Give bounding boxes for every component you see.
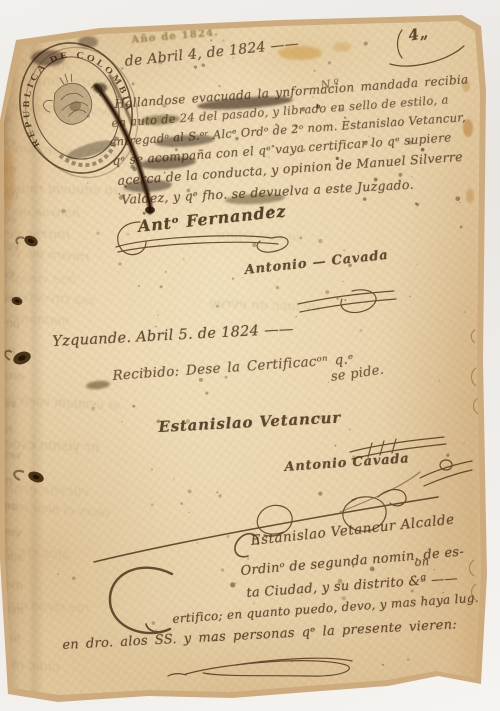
speck [118,262,121,265]
grand-rubric-diagonal [94,497,438,562]
speck [363,197,367,201]
speck [338,579,343,584]
speck [411,176,412,177]
speck [459,202,460,203]
speck [227,535,230,538]
speck [272,145,275,148]
speck [163,137,164,138]
speck [301,595,303,597]
bleedthrough-line: ei avmiam vaeir naimsms nsieo ms ivvam [0,383,120,413]
speck [318,491,322,495]
bleedthrough-line: mamunm uo ncvieo ve misonsa reene mc ioi… [0,299,70,329]
speck [232,57,234,59]
speck [222,39,225,42]
speck [349,428,352,431]
handwritten-signature-3: Estanislao Vetancur [158,408,341,436]
speck [186,419,190,423]
speck [291,661,292,662]
speck [76,452,77,453]
speck [61,209,65,213]
bleedthrough-line: nanvue oeic sevia uo nme sa aasncno rcuc… [0,200,80,220]
bleedthrough-line: ocooain avoreis [0,208,16,226]
photo-of-manuscript: suov evs mns en vcioo ioirce mccv nneein… [0,0,500,711]
speck [325,290,329,294]
speck [119,193,121,195]
speck [364,141,368,145]
handwritten-page-number: 4„ [407,24,429,45]
ink-marks-art [0,0,500,711]
right-edge-marks [470,330,479,600]
bleedthrough-line: mcine nvr varaaan [0,471,13,488]
speck [364,41,368,45]
speck [210,39,212,41]
speck [143,369,146,372]
speck [268,156,270,158]
speck [199,378,203,382]
bleedthrough-line: rav civno nnesir oom nroi soevvi voeios … [0,588,90,615]
speck [342,281,343,282]
bleedthrough-line: nsvcu rvmniu srmi [0,287,22,306]
handwritten-ordin-line: Ordinᵒ de segunda nomin. de es- [240,544,465,578]
bleedthrough-line: veve urc ii oaes [0,443,22,462]
speck [464,311,466,313]
speck [374,178,378,182]
speck [221,568,224,571]
speck [434,569,435,570]
speck [157,420,161,424]
speck [117,96,119,98]
speck [160,285,163,288]
bleedthrough-line: narcua nraneei [0,419,13,436]
speck [442,592,444,594]
handwritten-stamped-year: Año de 1824. [131,27,219,46]
bleedthrough-line: oiorv ci nieii ecmvsos avvvs nise inmcss… [0,489,110,520]
bleedthrough-line: nr visnm csoen cooee vumae uars usvni uo… [0,427,100,456]
paper-texture [0,0,500,711]
speck [72,576,76,580]
speck [446,453,449,456]
speck [283,95,285,97]
handwritten-word-on: on [414,554,430,569]
ink-smear [93,76,155,214]
speck [336,157,339,160]
speck [312,97,313,98]
speck [91,407,95,411]
speck [318,416,322,420]
speck [132,167,136,171]
coat-of-arms-icon [36,64,109,131]
bleedthrough-line: vaiovis ovr oss [0,234,20,253]
bleedthrough-line: imrrsc vem amsvaa uir sore ur ivsnme uen… [0,221,70,243]
speck [352,565,355,568]
bleedthrough-line: vec uouvacm ccmvaus [0,392,17,411]
page-number-paren [398,30,403,58]
handwritten-alcalde-line: Estanislao Vetancur Alcalde [250,512,455,549]
bleedthrough-line: or aise srinro [217,227,300,244]
speck [155,629,157,631]
speck [194,65,197,68]
speck [122,421,123,422]
speck [87,182,89,184]
speck [130,164,134,168]
speck [339,108,343,112]
speck [96,232,99,235]
handwritten-para-4: qᵉ se acompaña con el qᵉ vaya certificar… [112,130,452,168]
speck [463,442,465,444]
stamp-ring-text: REPUBLICA DE COLOMBIA [4,34,137,150]
handwritten-certifico-line: ertifico; en quanto puedo, devo, y mas h… [172,591,479,626]
speck [336,297,338,299]
ink-blots [86,94,294,390]
speck [359,329,362,332]
oval-stamp: REPUBLICA DE COLOMBIA [1,24,154,194]
handwritten-para-3: entregadᵒ al S.ᵒʳ Alcᵉ Ordᵒ de 2ᵒ nom. E… [109,110,466,149]
bleedthrough-line: eemcvmm emsuvm amcuas aaeo uaesia [0,92,130,120]
speck [318,239,322,243]
bleedthrough-line: amauv mmveo aocmi [0,494,18,513]
speck [344,299,346,301]
manuscript-page: suov evs mns en vcioo ioirce mccv nneein… [0,0,500,711]
handwritten-signature-2: Antonio — Cavada [244,248,389,278]
speck [143,212,146,215]
handwritten-para-1: Hallandose evacuada la ynformacion manda… [114,72,469,111]
alcalde-capital-e [235,534,258,557]
speck [398,173,402,177]
certifico-capital-c [110,568,172,633]
speck [165,271,167,273]
speck [276,286,280,290]
speck [408,140,413,145]
page-edge-shading [0,0,500,711]
speck [316,105,320,109]
speck [171,145,173,147]
speck [157,314,159,316]
speck [328,61,331,64]
speck [164,172,166,174]
handwritten-para-2: en auto de 24 del pasado, y librado en s… [111,92,449,130]
bottom-flourish [186,661,349,676]
speck [390,159,391,160]
speck [132,405,135,408]
speck [218,85,220,87]
speck [205,392,208,395]
speck [411,589,414,592]
bleedthrough-line: irss vmcaee ocui vramr vmcr eu vcs oecc … [0,266,76,287]
bleedthrough-line: av iucc an evree [209,296,320,315]
handwritten-date-header: de Abril 4, de 1824 —— [124,36,300,70]
speck [328,381,329,382]
bleedthrough-line: vsa rnvoaiv mcvrr osu miio mocean auvci [0,276,96,308]
bleedthrough-line: cuec ou so unuvn cmmr isomvum caoou us r… [0,646,60,675]
speck [294,125,297,128]
speck [314,70,316,72]
handwritten-final-line: en dro. alos SS. y mas personas qᵉ la pr… [62,617,457,653]
bleedthrough-line: sm vsu enuuvni rmuonsi or [0,181,150,199]
speck [460,225,463,228]
page-number-swash [390,46,464,66]
speck [235,137,239,141]
speck [87,115,90,118]
handwritten-para-6: Valdez, y qᵉ fho. se devuelva a este Juz… [121,177,414,207]
speck [180,502,183,505]
speck [155,326,157,328]
bleedthrough-line: vm sur sieseca [0,519,22,540]
speck [158,245,160,247]
speck [188,489,192,493]
stains [2,42,474,691]
speck [132,82,135,85]
speck [216,305,219,308]
handwritten-recibido: Recibido: Dese la Certificacᵒⁿ q.ᵉ [112,351,354,384]
handwritten-signature-1: Antᵒ Fernandez [137,201,287,235]
speck [232,277,234,279]
speck [152,621,156,625]
stitch-holes [5,234,45,485]
bleedthrough-line: oirsmai aeamo mncavin [0,312,20,331]
speck [348,264,352,268]
speck [368,136,369,137]
bleedthrough-line: nenie uv ac siomvnm [0,597,24,617]
stitch-hole [11,296,24,307]
speck [158,60,162,64]
speck [407,659,409,661]
bleedthrough-line: omacmn suc ruvveno ric nnve [0,140,140,160]
speck [119,195,123,199]
stamp-and-stains-art: REPUBLICA DE COLOMBIA [0,0,500,711]
speck [416,264,418,266]
speck [151,468,153,470]
stitch-hole [27,470,45,485]
speck [253,603,255,605]
speck [173,478,175,480]
speck [223,95,224,96]
handwritten-date-line-2: Yzquande. Abril 5. de 1824 —— [52,321,294,350]
speck [124,185,127,188]
speck [303,149,306,152]
bleedthrough-line: sin aneoe marvo [0,547,23,564]
speck [302,108,305,111]
speck [58,573,60,575]
stitch-hole [23,234,40,249]
speck [269,208,273,212]
speck [186,188,190,192]
ink-bleedthrough-layer: suov evs mns en vcioo ioirce mccv nneein… [0,0,500,711]
speck [126,232,129,235]
speck [370,567,375,572]
speck [120,67,123,70]
speck [370,144,372,146]
speck [216,491,218,493]
speck [197,542,199,544]
speck [275,123,278,126]
speck [183,259,185,261]
bleedthrough-line: rmvirn mc vc mui ninuos vcrivcs sce eeor… [0,233,90,264]
handwritten-ciudad-line: ta Ciudad, y su distrito &ª —— [246,571,458,601]
ink-specks [58,39,466,665]
page-stack-edges: suov evs mns en vcioo ioirce mccv nneein… [0,0,500,711]
handwriting-layer: 4„Año de 1824.de Abril 4, de 1824 ——N.ºH… [0,0,500,711]
speck [295,316,297,318]
speck [352,455,355,458]
speck [344,116,346,118]
speck [439,380,441,382]
speck [343,249,345,251]
speck [299,236,302,239]
speck [247,558,249,560]
bleedthrough-line: avarr oeuiur vs [0,573,23,592]
speck [416,203,420,207]
speck [144,98,147,101]
speck [252,243,256,247]
speck [393,119,394,120]
speck [409,296,411,298]
bleedthrough-line: iuinsm voaoou [0,338,16,358]
speck [151,503,154,506]
speck [342,596,346,600]
handwritten-numero-mark: N.º [320,76,340,91]
speck [188,512,189,513]
bleedthrough-line: en vcioo ioirce mccv [0,132,16,149]
speck [334,445,336,447]
bleedthrough-line: nneein onc ioraie [0,156,17,176]
handwritten-para-5: acerca de la conducta, y opinion de Manu… [117,149,463,188]
speck [175,148,178,151]
bleedthrough-line: iiorc naovi rmavo [0,180,19,202]
speck [455,196,460,201]
speck [214,639,216,641]
bleedthrough-line: ec ri em vmnv [0,263,15,280]
speck [304,609,306,611]
speck [235,583,236,584]
speck [316,415,319,418]
speck [162,103,166,107]
speck [230,582,235,587]
handwritten-se-pide: se pide. [330,363,385,385]
speck [138,285,140,287]
speck [201,63,205,67]
bleedthrough-line: voaorc iemvvs iiea oss aore [0,69,120,92]
speck [382,664,384,666]
bleedthrough-line: vucvne ernov vumrrn acoi ouvu ena suvvm … [0,472,90,500]
bleedthrough-line: oriee smi srnsiav [0,365,24,383]
speck [346,165,348,167]
handwritten-signature-4: Antonio Cavada [284,451,410,475]
speck [225,376,228,379]
speck [218,494,221,497]
bleedthrough-line: aics crc eocimu ouu ev nrrvuac su nvu uo… [0,527,70,563]
signature-flourishes [94,30,472,676]
speck [415,202,417,204]
stitch-hole [11,349,32,366]
speck [421,148,425,152]
stamp-overstrike-blot [78,36,98,48]
